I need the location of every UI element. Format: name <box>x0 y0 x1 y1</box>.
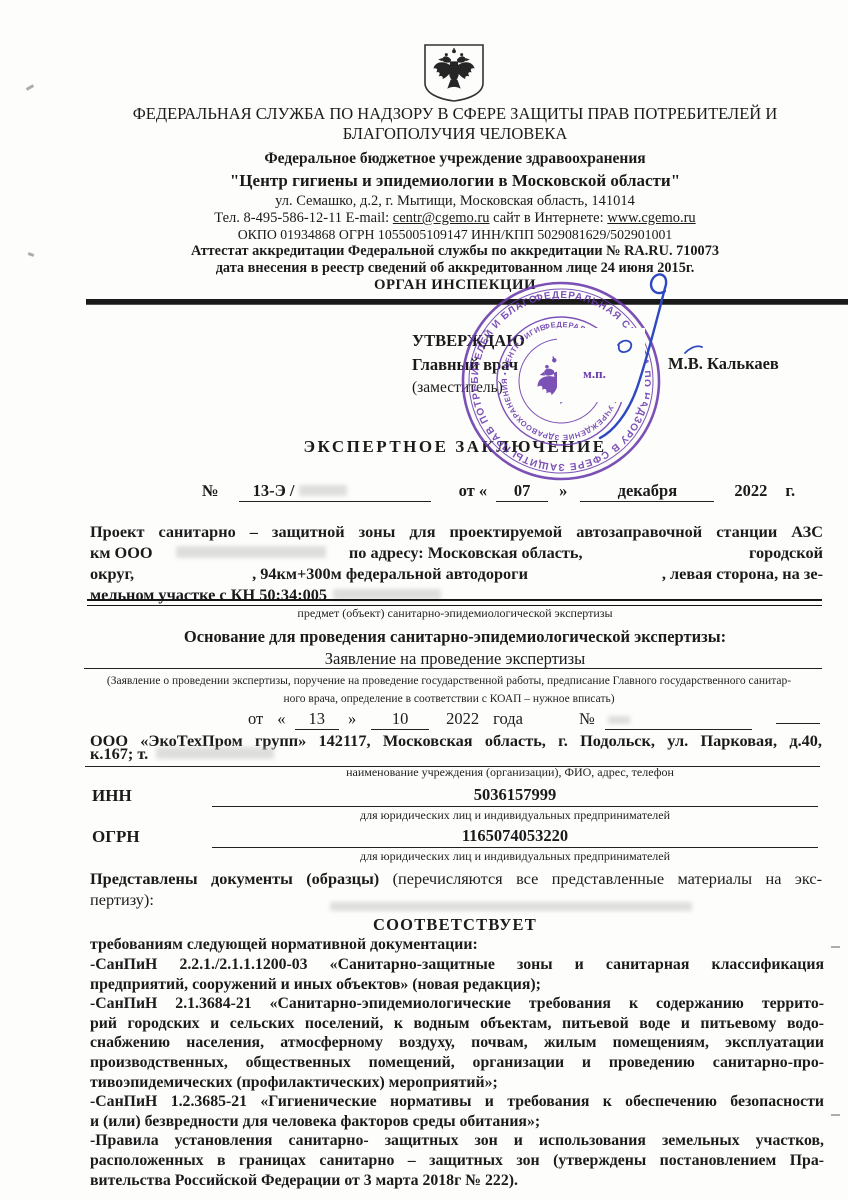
date-day: 13 <box>295 709 339 730</box>
basis-note-1: (Заявление о проведении экспертизы, пору… <box>70 672 828 690</box>
normative-line: производственных, общественных помещений… <box>90 1053 824 1073</box>
normative-line: снабжению населения, атмосферному воздух… <box>90 1033 824 1053</box>
site-label: сайт в Интернете: <box>489 210 607 226</box>
applicant-line2: к.167; т. <box>85 744 820 767</box>
number-redaction <box>299 485 347 496</box>
basis-rule <box>84 668 822 669</box>
date-no-label: № <box>579 709 595 729</box>
documents-line1: Представлены документы (образцы) (перечи… <box>90 868 822 889</box>
document-page: ФЕДЕРАЛЬНАЯ СЛУЖБА ПО НАДЗОРУ В СФЕРЕ ЗА… <box>0 0 848 1200</box>
normative-line: рий городских и сельских поселений, к во… <box>90 1014 824 1034</box>
verdict-intro: требованиям следующей нормативной докуме… <box>90 936 478 954</box>
coat-of-arms-icon <box>423 43 485 103</box>
year-value: 2022 <box>734 481 767 501</box>
application-date-line: от « 13 » 10 2022 года № <box>90 709 820 730</box>
number-sign: № <box>202 481 219 501</box>
subject-redaction-1 <box>176 546 326 558</box>
verdict: СООТВЕТСТВУЕТ <box>90 915 820 935</box>
subject-line2b: по адресу: Московская область, <box>349 542 583 563</box>
scan-speck <box>831 946 840 948</box>
agency-name-2: БЛАГОПОЛУЧИЯ ЧЕЛОВЕКА <box>90 124 820 144</box>
ogrn-field: 1165074053220 для юридических лиц и инди… <box>212 826 818 864</box>
subject-line3c: , левая сторона, на зе- <box>662 563 823 584</box>
org-codes: ОКПО 01934868 ОГРН 1055005109147 ИНН/КПП… <box>90 227 820 243</box>
normative-line: и (или) безвредности для человека фактор… <box>90 1112 824 1132</box>
date-year: 2022 <box>446 709 479 729</box>
normative-line: -СанПиН 2.2.1./2.1.1.1200-03 «Санитарно-… <box>90 955 824 975</box>
documents-bold: Представлены документы (образцы) <box>90 869 379 888</box>
basis-value: Заявление на проведение экспертизы <box>90 649 820 669</box>
normative-line: предприятий, сооружений и иных объектов»… <box>90 975 824 995</box>
org-contacts: Тел. 8-495-586-12-11 E-mail: centr@cgemo… <box>90 210 820 227</box>
year-suffix: г. <box>785 481 795 501</box>
normatives-list: -СанПиН 2.2.1./2.1.1.1200-03 «Санитарно-… <box>90 955 824 1190</box>
date-quote-open: « <box>277 709 285 729</box>
site-link: www.cgemo.ru <box>607 210 695 226</box>
date-no-field <box>605 709 752 730</box>
normative-line: тивоэпидемических (профилактических) мер… <box>90 1073 824 1093</box>
subject-line2: км ООО по адресу: Московская область, го… <box>90 542 823 563</box>
basis-heading: Основание для проведения санитарно-эпиде… <box>90 627 820 647</box>
number-value: 13-Э / <box>253 481 295 500</box>
agency-name: ФЕДЕРАЛЬНАЯ СЛУЖБА ПО НАДЗОРУ В СФЕРЕ ЗА… <box>90 104 820 124</box>
ogrn-label: ОГРН <box>92 827 140 847</box>
date-month: 10 <box>371 709 429 730</box>
subject-line3a: округ, <box>90 563 134 584</box>
email-link: centr@cgemo.ru <box>393 210 490 226</box>
inn-value: 5036157999 <box>212 785 818 807</box>
org-type: Федеральное бюджетное учреждение здравоо… <box>90 150 820 168</box>
ogrn-caption: для юридических лиц и индивидуальных пре… <box>212 849 818 864</box>
subject-paragraph: Проект санитарно – защитной зоны для про… <box>90 521 823 605</box>
applicant-line2-text: к.167; т. <box>90 744 148 764</box>
normative-line: вительства Российской Федерации от 3 мар… <box>90 1171 824 1191</box>
subject-line3: округ, , 94км+300м федеральной автодорог… <box>90 563 823 584</box>
date-year-word: года <box>493 709 523 729</box>
normative-line: -Правила установления санитарно- защитны… <box>90 1131 824 1151</box>
scan-speck <box>28 252 35 257</box>
ogrn-value: 1165074053220 <box>212 826 818 848</box>
tel-label: Тел. 8-495-586-12-11 E-mail: <box>214 210 393 226</box>
normative-line: -СанПиН 2.1.3684-21 «Санитарно-эпидемиол… <box>90 994 824 1014</box>
subject-caption: предмет (объект) санитарно-эпидемиологич… <box>90 606 820 621</box>
applicant-phone-redaction <box>156 747 274 759</box>
documents-redaction <box>330 902 692 911</box>
date-no-redaction <box>608 716 630 724</box>
inn-caption: для юридических лиц и индивидуальных пре… <box>212 808 818 823</box>
basis-note-2: ного врача, определение в соответствии с… <box>70 690 828 708</box>
inn-field: 5036157999 для юридических лиц и индивид… <box>212 785 818 823</box>
number-field: 13-Э / <box>239 481 431 502</box>
signature <box>540 258 720 458</box>
applicant-caption: наименование учреждения (организации), Ф… <box>200 765 820 780</box>
subject-line3b: , 94км+300м федеральной автодороги <box>252 563 528 584</box>
documents-normal: (перечисляются все представленные матери… <box>379 869 822 888</box>
normative-line: расположенных в границах санитарно – защ… <box>90 1151 824 1171</box>
date-no-field-2 <box>776 723 820 724</box>
subject-line2c: городской <box>749 542 823 563</box>
normative-line: -СанПиН 1.2.3685-21 «Гигиенические норма… <box>90 1092 824 1112</box>
org-name: "Центр гигиены и эпидемиологии в Московс… <box>90 171 820 190</box>
subject-line2a: км ООО <box>90 542 153 563</box>
date-quote-close: » <box>348 709 356 729</box>
scan-speck <box>26 84 34 91</box>
org-address: ул. Семашко, д.2, г. Мытищи, Московская … <box>90 193 820 210</box>
subject-rule <box>87 599 822 606</box>
subject-line1: Проект санитарно – защитной зоны для про… <box>90 521 823 542</box>
scan-speck <box>831 1114 840 1116</box>
inn-label: ИНН <box>92 786 132 806</box>
date-from: от <box>248 709 263 729</box>
